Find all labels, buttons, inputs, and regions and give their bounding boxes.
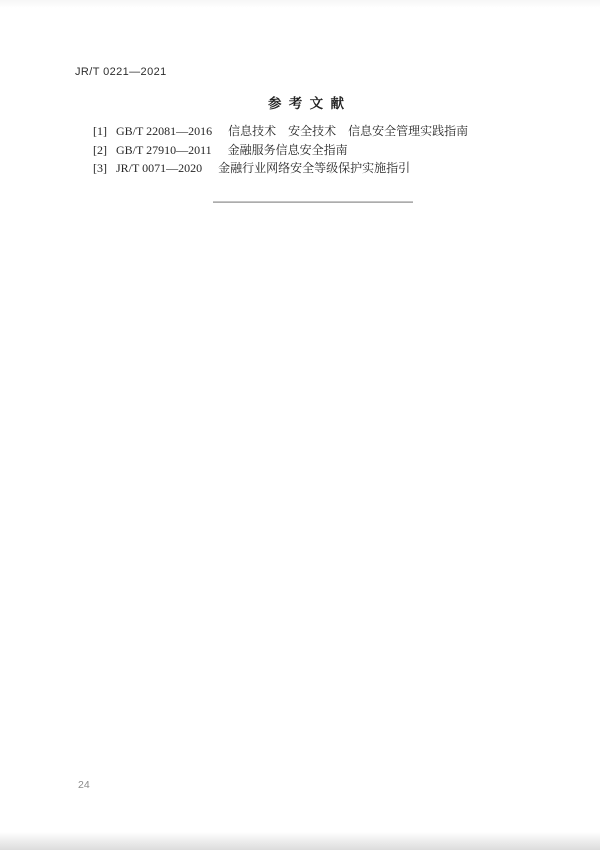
section-title: 参 考 文 献 bbox=[0, 92, 600, 112]
reference-title: 金融行业网络安全等级保护实施指引 bbox=[218, 161, 410, 175]
reference-label: [1] bbox=[93, 124, 107, 138]
reference-label: [3] bbox=[93, 161, 107, 175]
reference-item: [3] JR/T 0071—2020 金融行业网络安全等级保护实施指引 bbox=[93, 159, 468, 178]
reference-code: GB/T 27910—2011 bbox=[116, 143, 212, 157]
standard-number: JR/T 0221—2021 bbox=[75, 66, 167, 78]
reference-code: GB/T 22081—2016 bbox=[116, 124, 212, 138]
reference-label: [2] bbox=[93, 143, 107, 157]
reference-code: JR/T 0071—2020 bbox=[116, 161, 202, 175]
end-of-section-divider bbox=[213, 201, 413, 203]
reference-item: [2] GB/T 27910—2011 金融服务信息安全指南 bbox=[93, 141, 468, 160]
page-number: 24 bbox=[78, 779, 90, 791]
reference-list: [1] GB/T 22081—2016 信息技术 安全技术 信息安全管理实践指南… bbox=[93, 122, 468, 178]
reference-title: 信息技术 安全技术 信息安全管理实践指南 bbox=[228, 124, 468, 138]
reference-item: [1] GB/T 22081—2016 信息技术 安全技术 信息安全管理实践指南 bbox=[93, 122, 468, 141]
reference-title: 金融服务信息安全指南 bbox=[228, 143, 348, 157]
document-page: JR/T 0221—2021 参 考 文 献 [1] GB/T 22081—20… bbox=[0, 0, 600, 850]
